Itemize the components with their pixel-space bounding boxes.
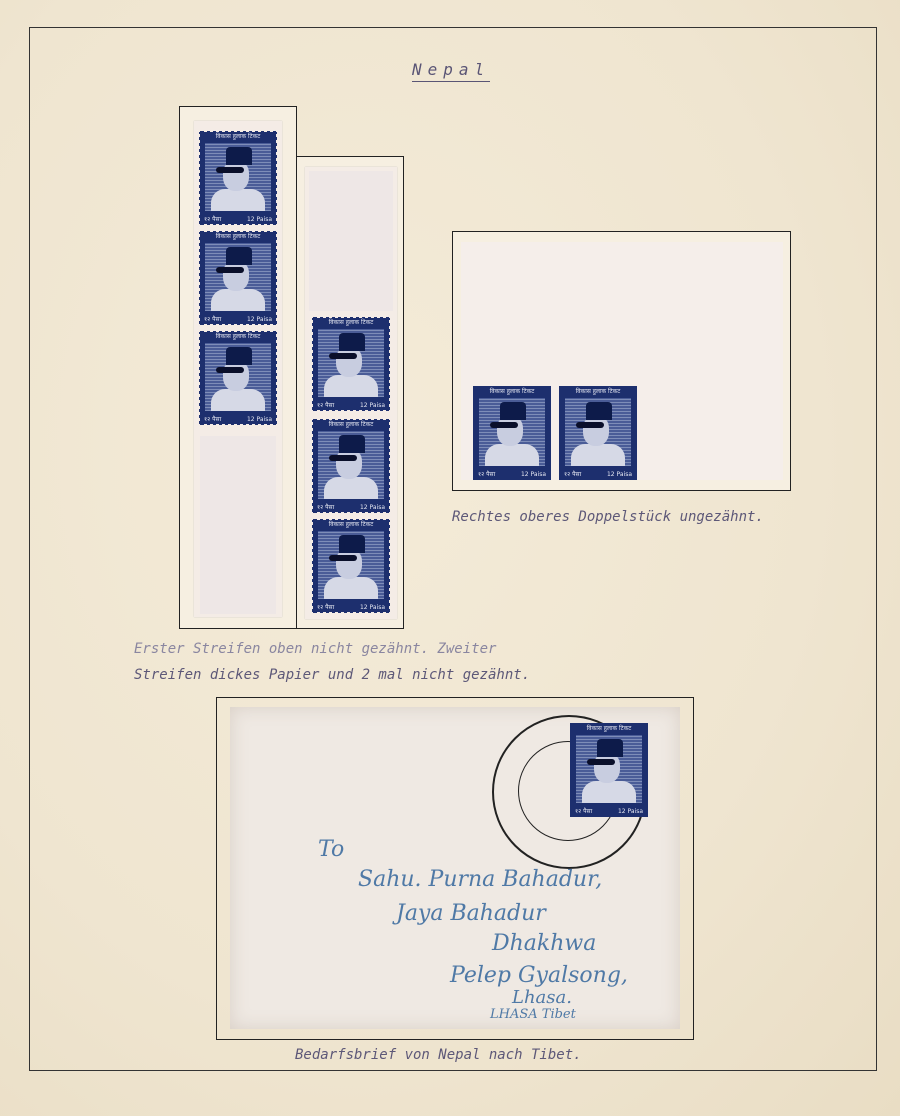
cover-caption: Bedarfsbrief von Nepal nach Tibet. xyxy=(295,1044,582,1066)
page-title: Nepal xyxy=(412,60,490,82)
strip-one-selvage xyxy=(200,436,276,614)
stamp: विकास हुलाक टिकट१२ पैसा12 Paisa xyxy=(559,386,637,480)
strip-one: विकास हुलाक टिकट१२ पैसा12 Paisa विकास हु… xyxy=(194,121,282,617)
stamp: विकास हुलाक टिकट१२ पैसा12 Paisa xyxy=(312,317,390,411)
album-page: Nepal विकास हुलाक टिकट१२ पैसा12 Paisa वि… xyxy=(0,0,900,1116)
address-line: Pelep Gyalsong, xyxy=(450,963,628,988)
imperf-pair-mount: विकास हुलाक टिकट१२ पैसा12 Paisa विकास हु… xyxy=(452,231,791,491)
address-line: LHASA Tibet xyxy=(490,1007,576,1022)
address-line: To xyxy=(318,837,344,862)
stamp: विकास हुलाक टिकट१२ पैसा12 Paisa xyxy=(199,131,277,225)
stamp: विकास हुलाक टिकट१२ पैसा12 Paisa xyxy=(473,386,551,480)
address-line: Sahu. Purna Bahadur, xyxy=(358,867,602,892)
cover-envelope: विकास हुलाक टिकट१२ पैसा12 Paisa To Sahu.… xyxy=(230,707,680,1029)
cover-stamp: विकास हुलाक टिकट१२ पैसा12 Paisa xyxy=(570,723,648,817)
imperf-pair-caption: Rechtes oberes Doppelstück ungezähnt. xyxy=(452,506,764,528)
address-line: Lhasa. xyxy=(512,987,572,1008)
strip-two: विकास हुलाक टिकट१२ पैसा12 Paisa विकास हु… xyxy=(305,167,397,619)
stamp: विकास हुलाक टिकट१२ पैसा12 Paisa xyxy=(199,231,277,325)
stamp: विकास हुलाक टिकट१२ पैसा12 Paisa xyxy=(312,519,390,613)
strips-caption-line-1: Erster Streifen oben nicht gezähnt. Zwei… xyxy=(134,638,496,660)
strip-two-selvage xyxy=(309,171,393,311)
stamp: विकास हुलाक टिकट१२ पैसा12 Paisa xyxy=(312,419,390,513)
strip-two-mount: विकास हुलाक टिकट१२ पैसा12 Paisa विकास हु… xyxy=(296,156,404,629)
stamp: विकास हुलाक टिकट१२ पैसा12 Paisa xyxy=(199,331,277,425)
address-line: Jaya Bahadur xyxy=(396,901,546,926)
strip-one-mount: विकास हुलाक टिकट१२ पैसा12 Paisa विकास हु… xyxy=(179,106,297,629)
address-line: Dhakhwa xyxy=(492,931,596,956)
strips-caption-line-2: Streifen dickes Papier und 2 mal nicht g… xyxy=(134,664,530,686)
